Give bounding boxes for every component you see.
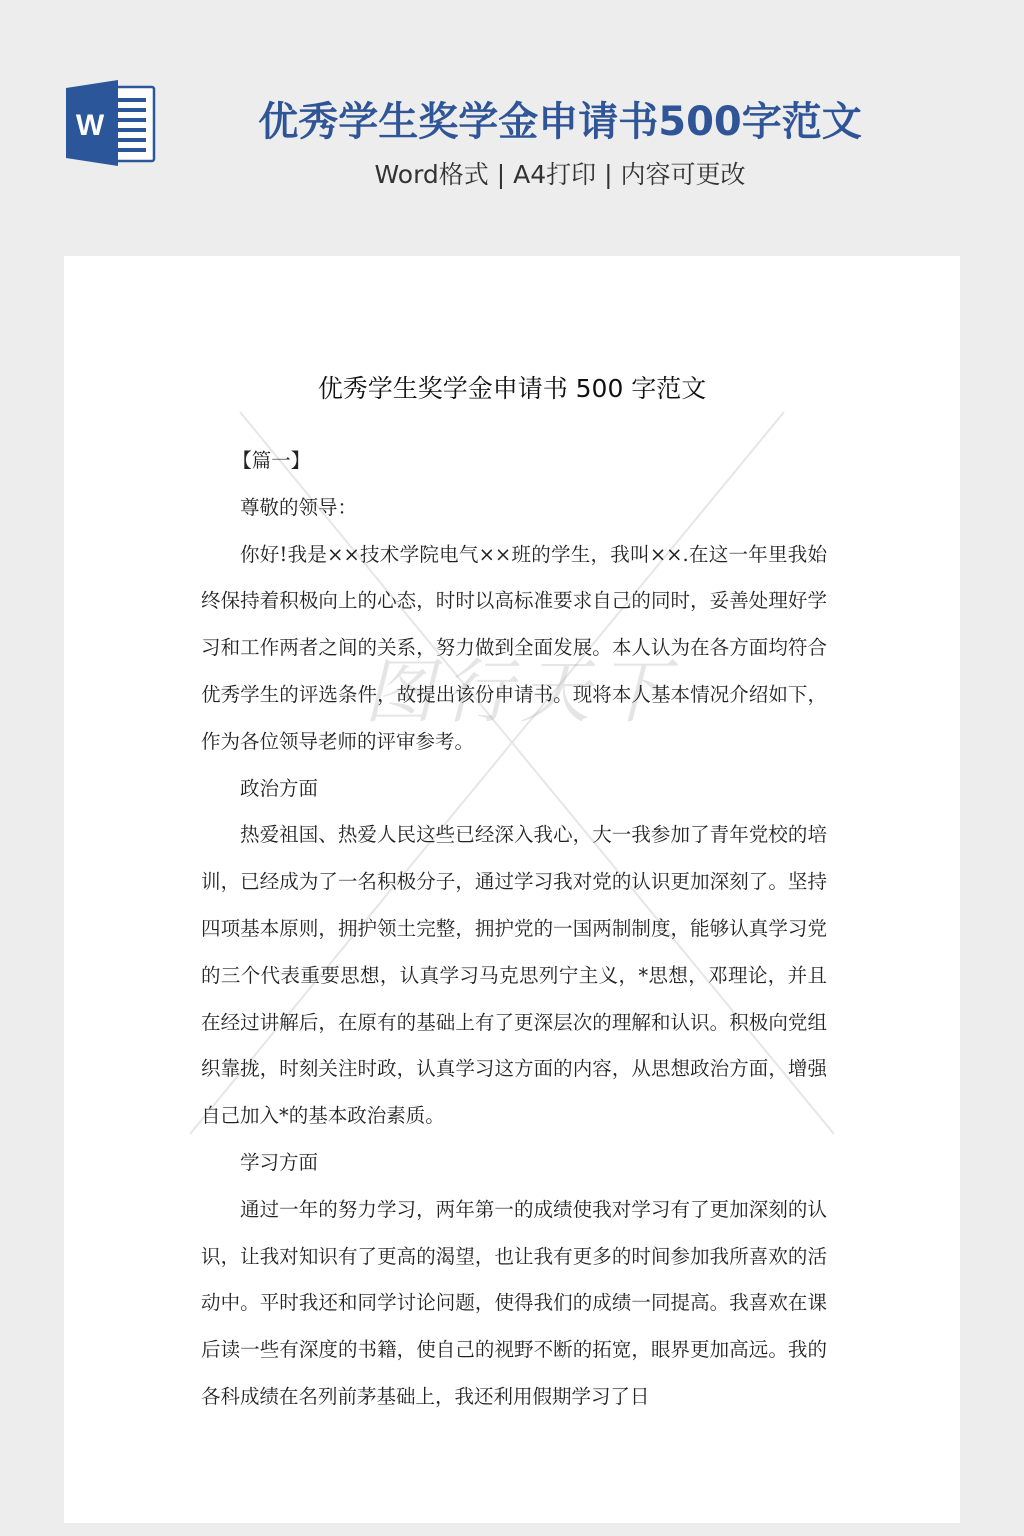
salutation: 尊敬的领导： — [201, 485, 827, 532]
heading-politics: 政治方面 — [201, 766, 827, 813]
page-subtitle: Word格式 | A4打印 | 内容可更改 — [200, 155, 920, 191]
section-label: 【篇一】 — [201, 438, 827, 485]
svg-text:W: W — [76, 109, 105, 142]
paragraph-study: 通过一年的努力学习，两年第一的成绩使我对学习有了更加深刻的认识，让我对知识有了更… — [201, 1187, 827, 1421]
paragraph-politics: 热爱祖国、热爱人民这些已经深入我心，大一我参加了青年党校的培训，已经成为了一名积… — [201, 812, 827, 1140]
header: W 优秀学生奖学金申请书500字范文 Word格式 | A4打印 | 内容可更改 — [0, 0, 1024, 256]
document-title: 优秀学生奖学金申请书 500 字范文 — [64, 369, 960, 405]
document-body: 【篇一】 尊敬的领导： 你好!我是××技术学院电气××班的学生，我叫××.在这一… — [201, 438, 827, 1421]
page-title: 优秀学生奖学金申请书500字范文 — [200, 90, 920, 147]
document-page: 图行天下 优秀学生奖学金申请书 500 字范文 【篇一】 尊敬的领导： 你好!我… — [64, 256, 960, 1523]
word-icon: W — [64, 80, 158, 166]
paragraph-intro: 你好!我是××技术学院电气××班的学生，我叫××.在这一年里我始终保持着积极向上… — [201, 532, 827, 766]
heading-study: 学习方面 — [201, 1140, 827, 1187]
